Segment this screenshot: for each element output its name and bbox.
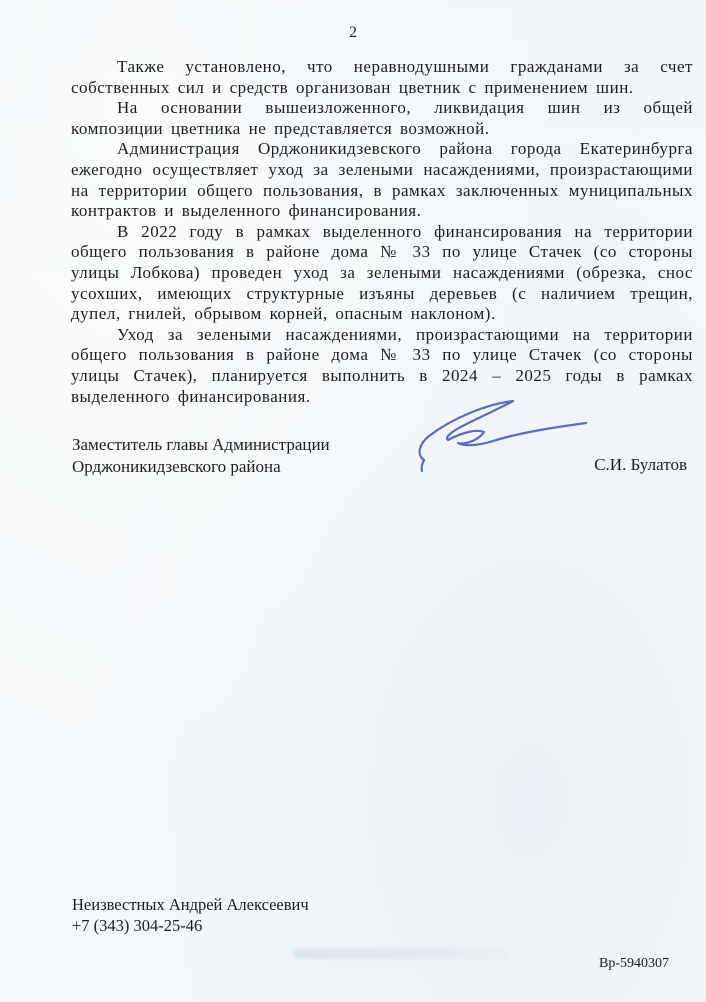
paragraph-2022-works: В 2022 году в рамках выделенного финанси…: [71, 222, 693, 325]
document-code: Вр-5940307: [599, 956, 669, 972]
contact-phone: +7 (343) 304-25-46: [72, 916, 309, 937]
paragraph-liquidation-impossible: На основании вышеизложенного, ликвидация…: [71, 98, 693, 139]
paragraph-flowerbed-established: Также установлено, что неравнодушными гр…: [71, 57, 693, 98]
page-number: 2: [0, 24, 706, 42]
bleed-through-artifact: [293, 948, 508, 959]
paragraph-administration-care: Администрация Орджоникидзевского района …: [71, 139, 693, 221]
paragraph-2024-2025-plan: Уход за зелеными насаждениями, произраст…: [71, 325, 693, 407]
document-body: Также установлено, что неравнодушными гр…: [71, 57, 693, 407]
contact-block: Неизвестных Андрей Алексеевич +7 (343) 3…: [72, 895, 309, 936]
signer-name: С.И. Булатов: [594, 455, 687, 475]
signer-position-title: Заместитель главы Администрации Орджоник…: [72, 434, 330, 478]
signature-scribble-icon: [412, 396, 594, 476]
document-page: 2 Также установлено, что неравнодушными …: [0, 0, 706, 1002]
contact-person-name: Неизвестных Андрей Алексеевич: [72, 895, 309, 916]
